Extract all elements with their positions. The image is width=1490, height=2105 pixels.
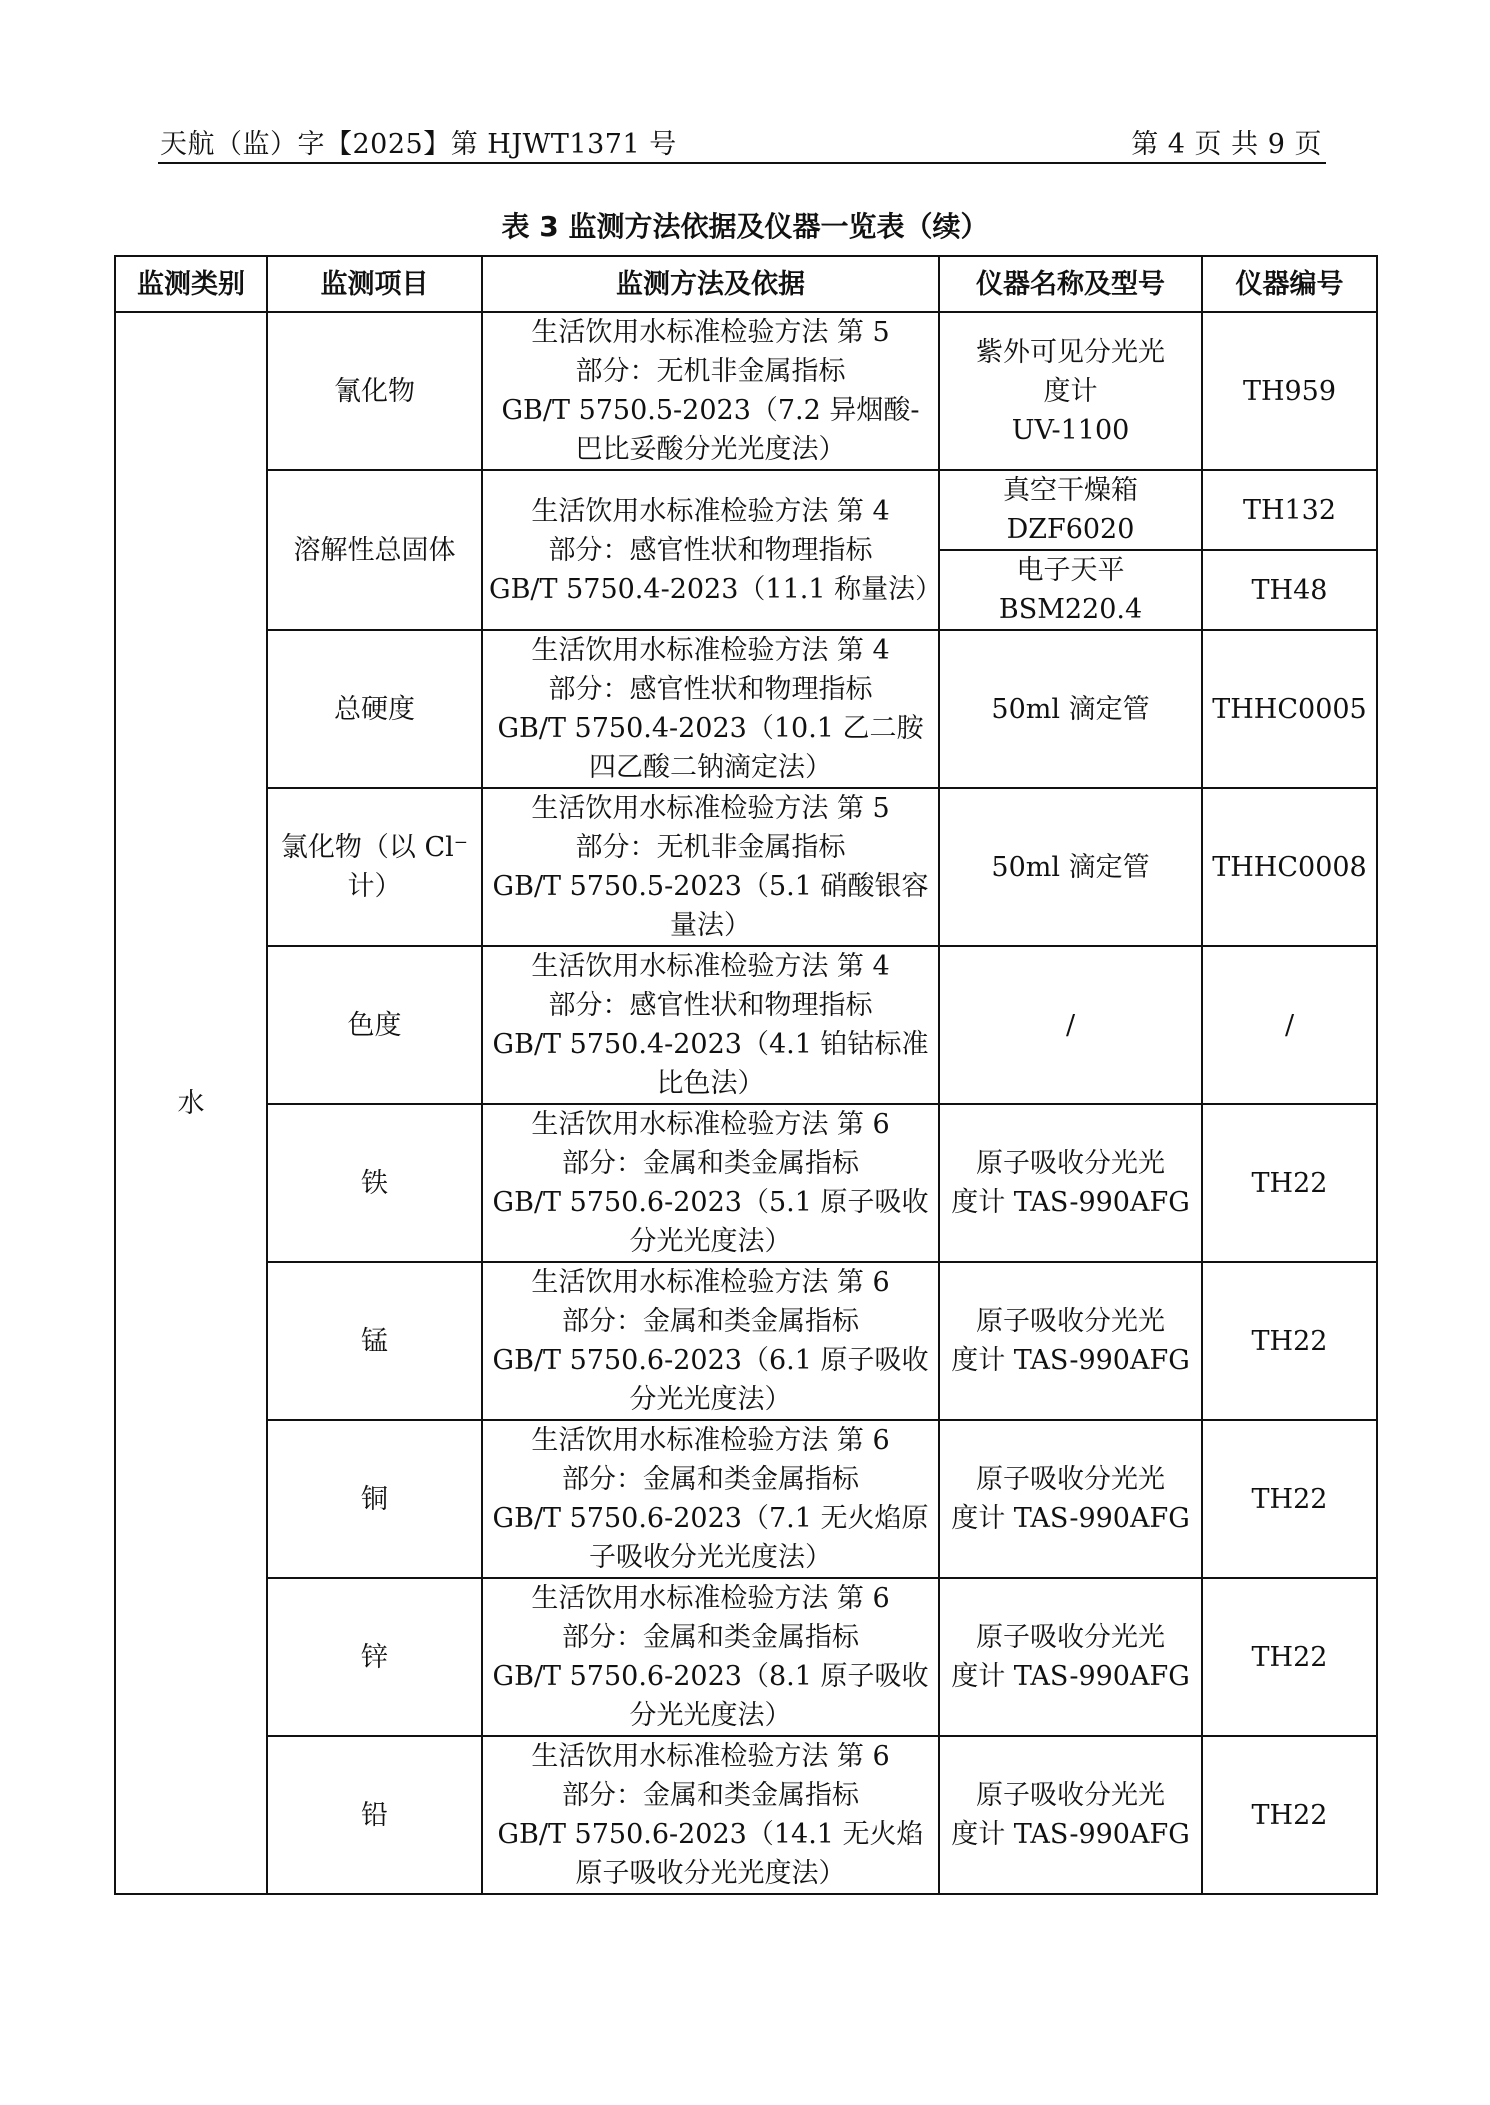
instrument-name-cell: 原子吸收分光光度计 TAS-990AFG	[939, 1262, 1202, 1420]
item-cell: 氯化物（以 Cl⁻计）	[267, 788, 482, 946]
item-cell: 铅	[267, 1736, 482, 1894]
instrument-name-cell: 紫外可见分光光度计UV-1100	[939, 312, 1202, 470]
column-header: 仪器编号	[1202, 256, 1377, 312]
instrument-id-cell: TH22	[1202, 1420, 1377, 1578]
instrument-id-cell: TH22	[1202, 1262, 1377, 1420]
instrument-id-cell: TH22	[1202, 1104, 1377, 1262]
table-row: 铁生活饮用水标准检验方法 第 6部分：金属和类金属指标GB/T 5750.6-2…	[115, 1104, 1377, 1262]
instrument-id-cell: /	[1202, 946, 1377, 1104]
category-cell: 水	[115, 312, 267, 1894]
table-row: 水氰化物生活饮用水标准检验方法 第 5部分：无机非金属指标GB/T 5750.5…	[115, 312, 1377, 470]
method-cell: 生活饮用水标准检验方法 第 5部分：无机非金属指标GB/T 5750.5-202…	[482, 788, 939, 946]
column-header: 仪器名称及型号	[939, 256, 1202, 312]
item-cell: 锌	[267, 1578, 482, 1736]
table-row: 色度生活饮用水标准检验方法 第 4部分：感官性状和物理指标GB/T 5750.4…	[115, 946, 1377, 1104]
page-info: 第 4 页 共 9 页	[1131, 122, 1322, 161]
item-cell: 氰化物	[267, 312, 482, 470]
column-header: 监测项目	[267, 256, 482, 312]
method-cell: 生活饮用水标准检验方法 第 6部分：金属和类金属指标GB/T 5750.6-20…	[482, 1262, 939, 1420]
instrument-name-cell: 50ml 滴定管	[939, 788, 1202, 946]
column-header: 监测类别	[115, 256, 267, 312]
methods-instruments-table: 监测类别 监测项目 监测方法及依据 仪器名称及型号 仪器编号 水氰化物生活饮用水…	[114, 255, 1378, 1895]
table-row: 氯化物（以 Cl⁻计）生活饮用水标准检验方法 第 5部分：无机非金属指标GB/T…	[115, 788, 1377, 946]
item-cell: 色度	[267, 946, 482, 1104]
document-number: 天航（监）字【2025】第 HJWT1371 号	[160, 122, 677, 161]
method-cell: 生活饮用水标准检验方法 第 6部分：金属和类金属指标GB/T 5750.6-20…	[482, 1104, 939, 1262]
instrument-name-cell: 原子吸收分光光度计 TAS-990AFG	[939, 1578, 1202, 1736]
instrument-name-cell: 电子天平BSM220.4	[939, 550, 1202, 630]
method-cell: 生活饮用水标准检验方法 第 4部分：感官性状和物理指标GB/T 5750.4-2…	[482, 470, 939, 630]
table-title: 表 3 监测方法依据及仪器一览表（续）	[0, 205, 1490, 245]
instrument-name-cell: 原子吸收分光光度计 TAS-990AFG	[939, 1420, 1202, 1578]
instrument-id-cell: TH48	[1202, 550, 1377, 630]
method-cell: 生活饮用水标准检验方法 第 6部分：金属和类金属指标GB/T 5750.6-20…	[482, 1736, 939, 1894]
method-cell: 生活饮用水标准检验方法 第 4部分：感官性状和物理指标GB/T 5750.4-2…	[482, 630, 939, 788]
table-row: 溶解性总固体生活饮用水标准检验方法 第 4部分：感官性状和物理指标GB/T 57…	[115, 470, 1377, 550]
table-row: 锰生活饮用水标准检验方法 第 6部分：金属和类金属指标GB/T 5750.6-2…	[115, 1262, 1377, 1420]
column-header: 监测方法及依据	[482, 256, 939, 312]
instrument-name-cell: 原子吸收分光光度计 TAS-990AFG	[939, 1736, 1202, 1894]
method-cell: 生活饮用水标准检验方法 第 5部分：无机非金属指标GB/T 5750.5-202…	[482, 312, 939, 470]
item-cell: 锰	[267, 1262, 482, 1420]
instrument-id-cell: TH22	[1202, 1578, 1377, 1736]
instrument-name-cell: /	[939, 946, 1202, 1104]
instrument-name-cell: 50ml 滴定管	[939, 630, 1202, 788]
method-cell: 生活饮用水标准检验方法 第 6部分：金属和类金属指标GB/T 5750.6-20…	[482, 1578, 939, 1736]
method-cell: 生活饮用水标准检验方法 第 4部分：感官性状和物理指标GB/T 5750.4-2…	[482, 946, 939, 1104]
table-row: 总硬度生活饮用水标准检验方法 第 4部分：感官性状和物理指标GB/T 5750.…	[115, 630, 1377, 788]
item-cell: 总硬度	[267, 630, 482, 788]
table-header-row: 监测类别 监测项目 监测方法及依据 仪器名称及型号 仪器编号	[115, 256, 1377, 312]
item-cell: 溶解性总固体	[267, 470, 482, 630]
instrument-name-cell: 原子吸收分光光度计 TAS-990AFG	[939, 1104, 1202, 1262]
instrument-id-cell: TH132	[1202, 470, 1377, 550]
item-cell: 铜	[267, 1420, 482, 1578]
instrument-id-cell: TH22	[1202, 1736, 1377, 1894]
header-divider	[158, 162, 1326, 164]
instrument-id-cell: THHC0005	[1202, 630, 1377, 788]
instrument-name-cell: 真空干燥箱DZF6020	[939, 470, 1202, 550]
instrument-id-cell: THHC0008	[1202, 788, 1377, 946]
method-cell: 生活饮用水标准检验方法 第 6部分：金属和类金属指标GB/T 5750.6-20…	[482, 1420, 939, 1578]
table-row: 锌生活饮用水标准检验方法 第 6部分：金属和类金属指标GB/T 5750.6-2…	[115, 1578, 1377, 1736]
instrument-id-cell: TH959	[1202, 312, 1377, 470]
table-row: 铜生活饮用水标准检验方法 第 6部分：金属和类金属指标GB/T 5750.6-2…	[115, 1420, 1377, 1578]
item-cell: 铁	[267, 1104, 482, 1262]
table-row: 铅生活饮用水标准检验方法 第 6部分：金属和类金属指标GB/T 5750.6-2…	[115, 1736, 1377, 1894]
